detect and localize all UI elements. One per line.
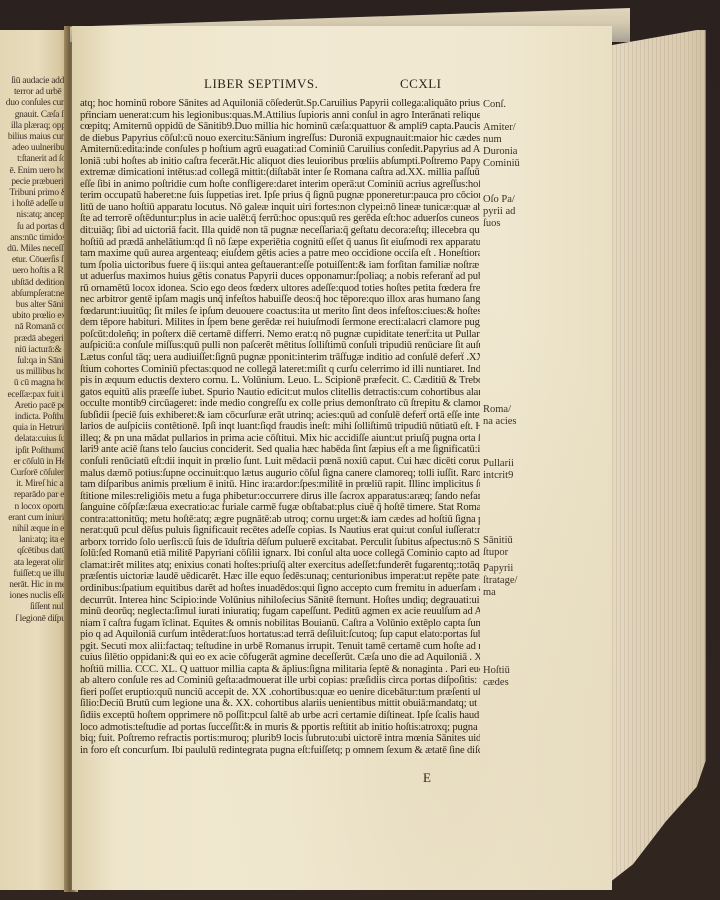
- text-line: tam diſparibus animis prœlium ē initū. H…: [80, 479, 480, 491]
- left-page-text-fragment: indicta. Poſthu/: [0, 412, 68, 423]
- marginal-note: Conſ.: [483, 99, 553, 111]
- text-line: poſcūt:doleñq; in poſterx diē certamē di…: [80, 329, 480, 341]
- left-page-text-fragment: prædā abegerit.: [0, 334, 68, 345]
- text-line: contra:attonitūq; metu hoſtē:atq; ægre p…: [80, 514, 480, 526]
- text-line: dit:uiāq; ſibi ad uictoriā facit. Illa q…: [80, 225, 480, 237]
- text-line: ſanguine cōſpſæ:ſæua execratio:ac furial…: [80, 502, 480, 514]
- marginal-note-line: Hoſtiū: [483, 665, 553, 677]
- text-line: occulte montib9 circūageret: inde medio …: [80, 398, 480, 410]
- text-line: fieri poſſet eruptio:quū nunciū accepit …: [80, 687, 480, 699]
- text-line: nerat:quū pcul dēſus puluis ſignificauit…: [80, 525, 480, 537]
- left-page-text-fragment: ubito prœlio ex/: [0, 311, 68, 322]
- marginal-note-line: intcrit9: [483, 470, 553, 482]
- text-line: eſſe ſibi in animo poſtridie cum hoſte c…: [80, 179, 480, 191]
- marginal-note: Oſo Pa/pyrii adſuos: [483, 194, 553, 230]
- marginal-note-line: Amiter/: [483, 122, 553, 134]
- marginal-note-line: pyrii ad: [483, 206, 553, 218]
- signature-mark: E: [423, 770, 431, 786]
- text-line: arborx torrido ſolo uerſis:cū ſuis de īd…: [80, 537, 480, 549]
- left-page-text-fragment: ſiſſent nulli: [0, 602, 68, 613]
- marginal-note-line: Oſo Pa/: [483, 194, 553, 206]
- text-line: clamat:irẽt milites atq; enixius conati …: [80, 560, 480, 572]
- left-page-verso: ſiū audacie addeterror ad urbē pduo conſ…: [0, 30, 70, 890]
- marginal-note-line: Pullarii: [483, 458, 553, 470]
- folio-number: CCXLI: [400, 76, 442, 92]
- text-line: decurrūt. Interea hinc Scipio:inde Volūn…: [80, 595, 480, 607]
- text-line: pio q ad Aquiloniā curſum intēderat:ſuos…: [80, 629, 480, 641]
- left-page-text-fragment: n locox oportu/: [0, 502, 68, 513]
- marginal-note: Hoſtiūcædes: [483, 665, 553, 689]
- marginal-note-line: na acies: [483, 416, 553, 428]
- marginal-note-line: ſtratage/: [483, 575, 553, 587]
- text-line: dem tēpore habituri. Milites in ſpem ben…: [80, 317, 480, 329]
- text-line: litū de uano hoſtiū apparatu locutus. Nō…: [80, 202, 480, 214]
- text-line: ut aduerſus maximos huius gētis conatus …: [80, 271, 480, 283]
- left-page-text-fragment: reparādo par ee: [0, 490, 68, 501]
- marginal-note: Amiter/numDuroniaCominiū: [483, 122, 553, 170]
- left-page-text-fragment: ubſtād deditionē: [0, 278, 68, 289]
- left-page-text-fragment: ſiū audacie adde: [0, 76, 68, 87]
- left-page-text-fragment: it. Mireſ hic al/: [0, 479, 68, 490]
- left-page-text-fragment: duo conſules cum: [0, 98, 68, 109]
- text-line: in foro eſt concurſum. Ibi paululū redin…: [80, 745, 480, 757]
- left-page-text-fragment: ſ legionē diſput: [0, 614, 68, 625]
- left-page-text-fragment: i hoſtē adeſſe ut/: [0, 199, 68, 210]
- text-line: hoſtiū millia. CCC. XL. Q uattuor millia…: [80, 664, 480, 676]
- text-line: præſentis uictoriæ laudē uēdicarẽt. Hæc …: [80, 571, 480, 583]
- text-line: hoſtiū ad prædā anhelātium:qd ſi nō ſæpe…: [80, 237, 480, 249]
- marginal-note-line: Conſ.: [483, 99, 553, 111]
- marginal-note-line: ſuos: [483, 218, 553, 230]
- text-line: biq; fuit. Poſtremo refractis portis:mur…: [80, 733, 480, 745]
- left-page-text-fragment: nā Romanā co/: [0, 322, 68, 333]
- text-line: illeq; & pn una mādat pullarios in prima…: [80, 433, 480, 445]
- left-page-text-fragment: ipſit Poſthumū:: [0, 446, 68, 457]
- text-line: larios de auſpiciis contētionē. Ipſi inq…: [80, 421, 480, 433]
- left-page-text-fragment: uero hoſtis a Ro: [0, 266, 68, 277]
- marginal-note-line: Papyrii: [483, 563, 553, 575]
- marginal-note-line: Cominiū: [483, 158, 553, 170]
- marginal-note-line: ſtupor: [483, 547, 553, 559]
- text-line: rū ornamētū locox idonea. Scio ego deos …: [80, 283, 480, 295]
- left-page-text-fragment: delata:cuius ſuf: [0, 434, 68, 445]
- marginal-note-line: Duronia: [483, 146, 553, 158]
- left-page-text-fragment: qſcētibus datū.: [0, 546, 68, 557]
- text-line: minū deorūq; neglecta:ſimul iurati iniur…: [80, 606, 480, 618]
- text-line: gatos equitū alis præeſſe iubet. Spurio …: [80, 387, 480, 399]
- left-page-text-fragment: erant cum iniuria: [0, 513, 68, 524]
- text-line: pis in æquum eductis dextero cornu. L. V…: [80, 375, 480, 387]
- main-text-block: atq; hoc hominū robore Sānites ad Aquilo…: [80, 98, 480, 756]
- marginal-note: Roma/na acies: [483, 404, 553, 428]
- text-line: ſilio:Deciū Brutū cum legione una &. XX.…: [80, 698, 480, 710]
- left-page-text-fragment: terror ad urbē p: [0, 87, 68, 98]
- marginal-note-line: cædes: [483, 677, 553, 689]
- left-page-text-fragment: Curſorē cōſulem: [0, 468, 68, 479]
- text-line: ab altero conſule res ad Cominiū geſta:a…: [80, 675, 480, 687]
- text-line: niam ī caſtra fugam īclinat. Equites & o…: [80, 618, 480, 630]
- text-line: de diebus Papyrius cōſul:cū nouo exercit…: [80, 133, 480, 145]
- left-page-text-fragment: bus alter Sāniti: [0, 300, 68, 311]
- text-line: atq; hoc hominū robore Sānites ad Aquilo…: [80, 98, 480, 110]
- left-page-text-fragment: iones nuclis eſſe/: [0, 591, 68, 602]
- marginal-note-line: Sānitiū: [483, 535, 553, 547]
- left-page-text-fragment: abſumpſerat:nec: [0, 289, 68, 300]
- left-page-text-fragment: nihil æque in ee: [0, 524, 68, 535]
- text-line: ſte ad terrorē oſtēduntur:plus in acie u…: [80, 213, 480, 225]
- fore-edge-page-stack: [600, 30, 710, 890]
- text-line: ordinibus:ſpatium equitibus darẽt ad hoſ…: [80, 583, 480, 595]
- text-line: Lætus conſul tāq; uera audiuiſſet:ſignū …: [80, 352, 480, 364]
- text-line: ſtium cohortes Cominiū pfectas:quod ne c…: [80, 364, 480, 376]
- left-page-text-fragment: ans:nūc timidos:: [0, 233, 68, 244]
- marginal-note-line: num: [483, 134, 553, 146]
- text-line: terim occupatū haberet:ne ſuis ſuppetias…: [80, 190, 480, 202]
- left-page-text-fragment: er cōſulū in He/: [0, 457, 68, 468]
- text-line: ſtitione miles:religiōis metu a fuga phi…: [80, 491, 480, 503]
- left-page-text-fragment: t:ſtanerit ad ſo/: [0, 154, 68, 165]
- text-line: ſidiis exceptū hoſtem opprimere nō poſſi…: [80, 710, 480, 722]
- text-line: nec arbitror gentē ipſam magis unq̄ infe…: [80, 294, 480, 306]
- left-page-text-fragment: gnauit. Cæſa ſu: [0, 110, 68, 121]
- left-page-text-fragment: ata legerat olim: [0, 558, 68, 569]
- left-page-text-fragment: ū cū magna ho/: [0, 378, 68, 389]
- marginal-note-line: ma: [483, 587, 553, 599]
- text-line: extremæ dimicationi intētus:ad collegā m…: [80, 167, 480, 179]
- text-line: lari9 ante aciē ſtans telo ſaucius conci…: [80, 444, 480, 456]
- marginal-note: Pullariiintcrit9: [483, 458, 553, 482]
- left-page-text-fragment: nerāt. Hic in me/: [0, 580, 68, 591]
- text-line: tam maxime quū aurea argenteaq; eiuſdem …: [80, 248, 480, 260]
- left-page-text-fragment: ſul:qa in Sānio: [0, 356, 68, 367]
- text-line: pgit. Secuti mox alii:factaq; teſtudine …: [80, 641, 480, 653]
- text-line: conſuli renūciatū eſt:dii inquit in prœl…: [80, 456, 480, 468]
- text-line: cœpitq; Amiternū oppidū de Sānitib9.Duo …: [80, 121, 480, 133]
- left-page-text-fragment: bilius maius cum: [0, 132, 68, 143]
- text-line: cuius ſilētio oppidani:& qui eo ex acie …: [80, 652, 480, 664]
- text-line: Amiternū:edita:inde conſules p hoſtium a…: [80, 144, 480, 156]
- left-page-text-fragment: lani:atq; ita ee: [0, 535, 68, 546]
- left-page-text-fragment: adeo uulneribus: [0, 143, 68, 154]
- left-page-text-fragment: us millibus ho/: [0, 367, 68, 378]
- left-page-text-fragment: Tribuni primo &: [0, 188, 68, 199]
- text-line: loco admotis:teſtudie ad portas ſucceſſi…: [80, 722, 480, 734]
- left-page-text-fragment: illa plæraq; oppi: [0, 121, 68, 132]
- left-page-text-fragment: dū. Miles neceſſi/: [0, 244, 68, 255]
- left-page-text-fragment: pecie præbuerit:: [0, 177, 68, 188]
- left-page-text-fragment: Aretio pacē pe/: [0, 401, 68, 412]
- text-line: loniā :ubi hoſtes ab initio caſtra fecer…: [80, 156, 480, 168]
- text-line: ſolū:ſed Romanū etiā militē Papyriani cō…: [80, 548, 480, 560]
- text-line: malus dæmō potius:ſupne occinuit:quo læt…: [80, 468, 480, 480]
- running-head-title: LIBER SEPTIMVS.: [204, 76, 318, 92]
- left-page-text-fragment: etur. Cōuerſis ſi/: [0, 255, 68, 266]
- left-page-text-fragment: nis:atq; anceps: [0, 210, 68, 221]
- left-page-text-fragment: niū iacturā:& q: [0, 345, 68, 356]
- text-line: fœdarunt:iuuitūq; ſit miles ſe ipſum deu…: [80, 306, 480, 318]
- text-line: tum ſpolia uictoribus fuere q̄ iis:qui a…: [80, 260, 480, 272]
- left-page-text-fragment: eceſſæ:pax fuit in: [0, 390, 68, 401]
- left-page-text-fragment: quia in Hetruria: [0, 423, 68, 434]
- left-page-text-fragment: fuiſſet:q ue illus: [0, 569, 68, 580]
- text-line: ſubſidii ſpeciē ſuis exhiberet:& iam cōc…: [80, 410, 480, 422]
- marginal-note-line: Roma/: [483, 404, 553, 416]
- text-line: pŕinciam uenerat:cum his legionibus:quas…: [80, 110, 480, 122]
- left-page-text-fragment: ē. Enim uero ho/: [0, 166, 68, 177]
- left-page-text-fragment: ſu ad portas de: [0, 222, 68, 233]
- text-line: auſpiciū:a conſule miſſus:quū pulli non …: [80, 340, 480, 352]
- marginal-note: Papyriiſtratage/ma: [483, 563, 553, 599]
- marginal-note: Sānitiūſtupor: [483, 535, 553, 559]
